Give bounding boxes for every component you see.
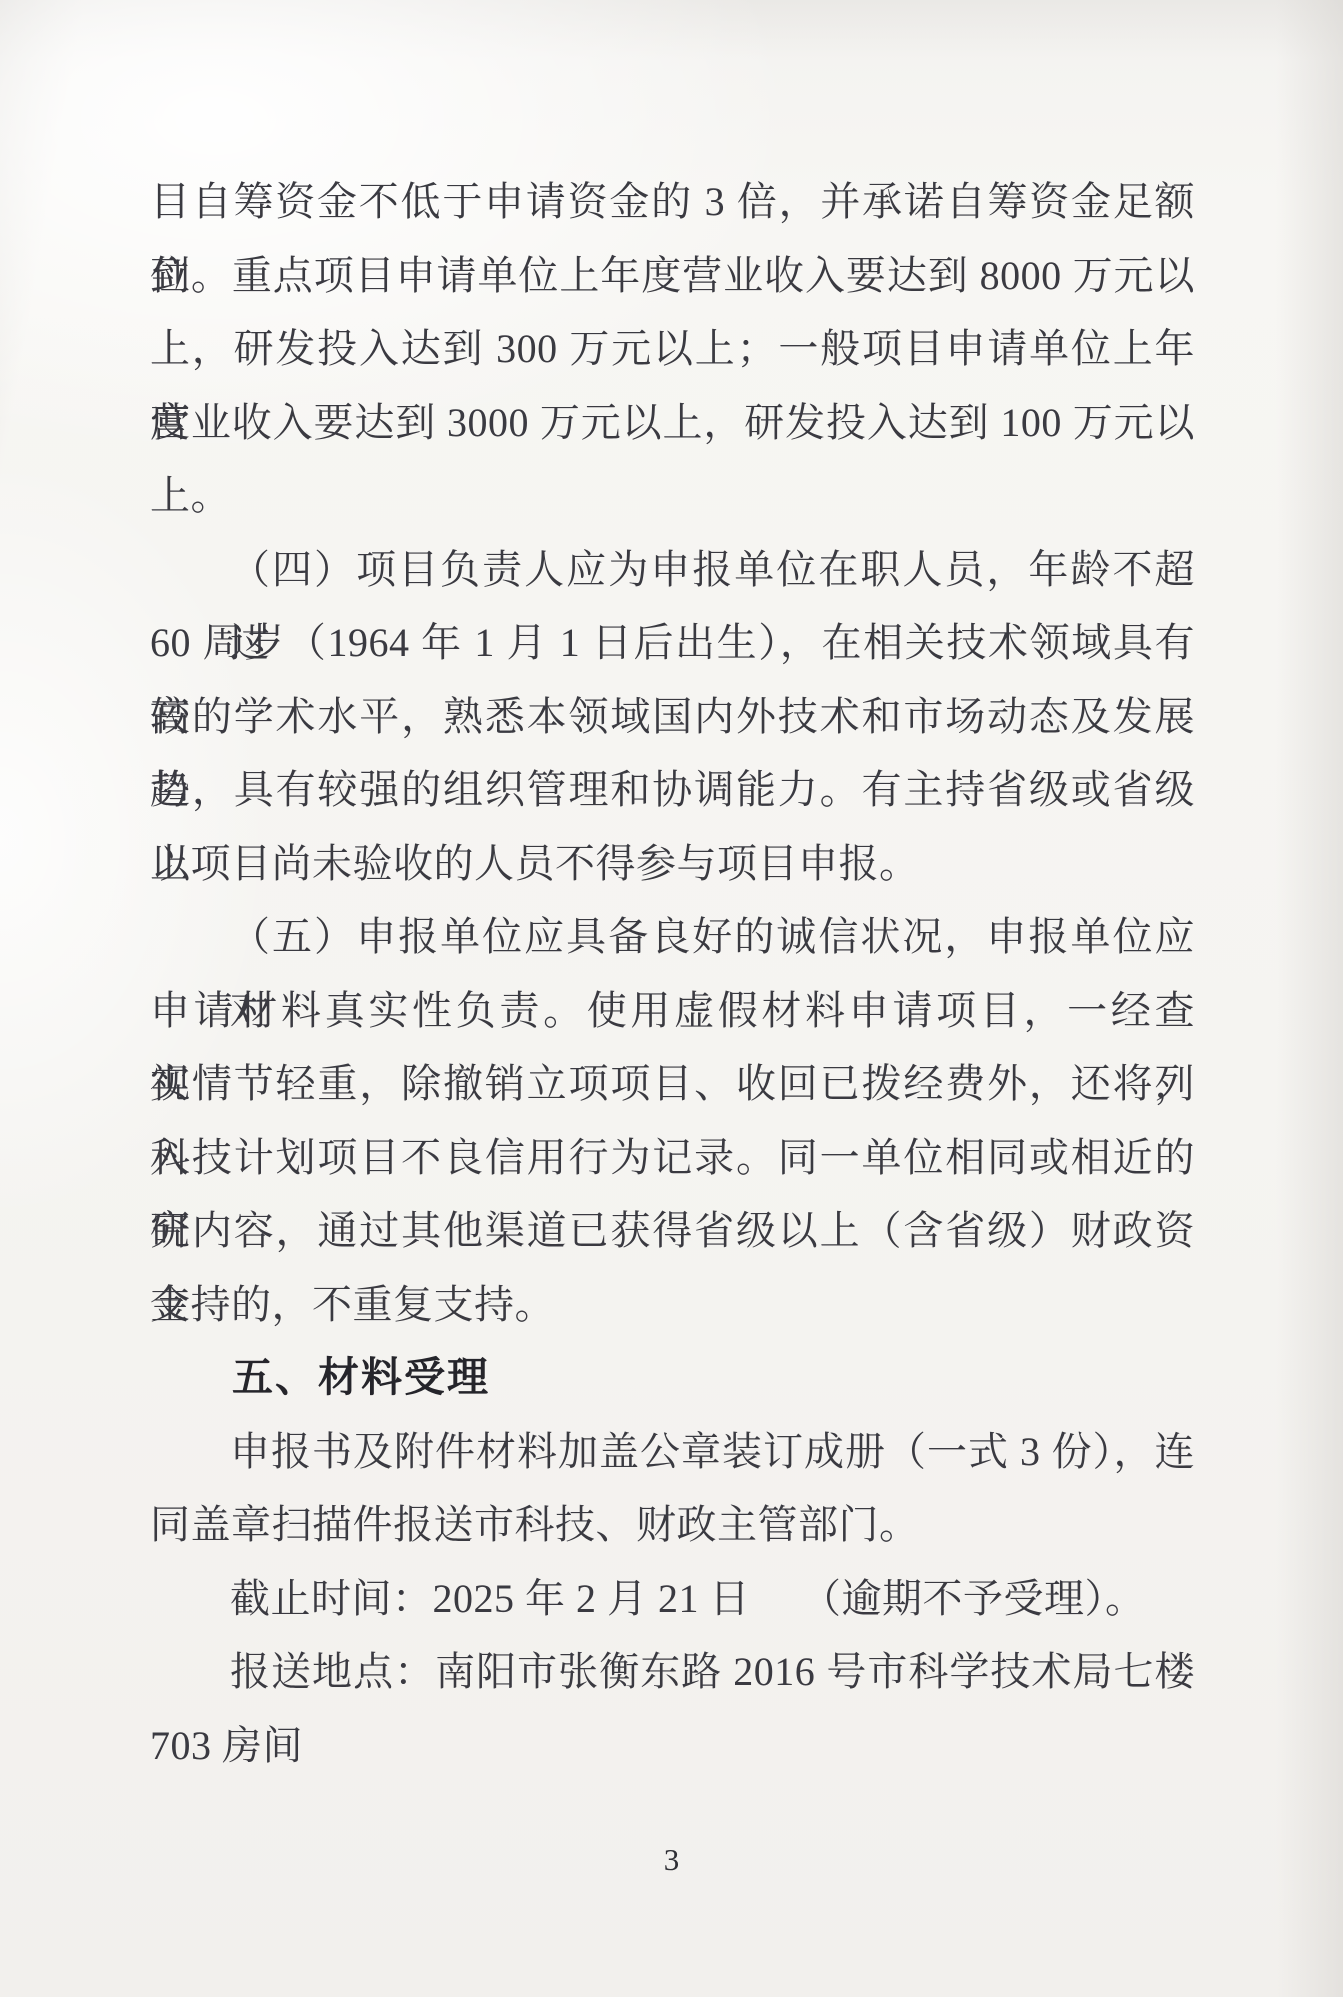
document-line: 营业收入要达到 3000 万元以上，研发投入达到 100 万元以 (150, 386, 1195, 460)
document-line: 高的学术水平，熟悉本领域国内外技术和市场动态及发展趋 (150, 680, 1195, 754)
document-line: 上，研发投入达到 300 万元以上；一般项目申请单位上年度 (150, 312, 1195, 386)
document-line: 同盖章扫描件报送市科技、财政主管部门。 (150, 1488, 1195, 1562)
document-line: 703 房间 (150, 1709, 1195, 1783)
document-line: 上。 (150, 459, 1195, 533)
document-line: 究内容，通过其他渠道已获得省级以上（含省级）财政资金 (150, 1194, 1195, 1268)
document-line: 上项目尚未验收的人员不得参与项目申报。 (150, 827, 1195, 901)
section-heading: 五、材料受理 (150, 1341, 1195, 1415)
document-line: 支持的，不重复支持。 (150, 1268, 1195, 1342)
document-line: 视情节轻重，除撤销立项项目、收回已拨经费外，还将列入 (150, 1047, 1195, 1121)
document-body: 目自筹资金不低于申请资金的 3 倍，并承诺自筹资金足额到位。重点项目申请单位上年… (150, 165, 1195, 1782)
document-line: 报送地点：南阳市张衡东路 2016 号市科学技术局七楼 (150, 1635, 1195, 1709)
document-line: （五）申报单位应具备良好的诚信状况，申报单位应对 (150, 900, 1195, 974)
document-line: 科技计划项目不良信用行为记录。同一单位相同或相近的研 (150, 1121, 1195, 1195)
document-line: 位。重点项目申请单位上年度营业收入要达到 8000 万元以 (150, 239, 1195, 313)
document-line: （四）项目负责人应为申报单位在职人员，年龄不超过 (150, 533, 1195, 607)
scanned-page: 目自筹资金不低于申请资金的 3 倍，并承诺自筹资金足额到位。重点项目申请单位上年… (0, 0, 1343, 1997)
document-line: 势，具有较强的组织管理和协调能力。有主持省级或省级以 (150, 753, 1195, 827)
page-number: 3 (0, 1842, 1343, 1878)
document-line: 申报书及附件材料加盖公章装订成册（一式 3 份），连 (150, 1415, 1195, 1489)
document-line: 60 周岁（1964 年 1 月 1 日后出生），在相关技术领域具有较 (150, 606, 1195, 680)
document-line: 截止时间：2025 年 2 月 21 日 （逾期不予受理）。 (150, 1562, 1195, 1636)
document-line: 目自筹资金不低于申请资金的 3 倍，并承诺自筹资金足额到 (150, 165, 1195, 239)
document-line: 申请材料真实性负责。使用虚假材料申请项目，一经查实， (150, 974, 1195, 1048)
